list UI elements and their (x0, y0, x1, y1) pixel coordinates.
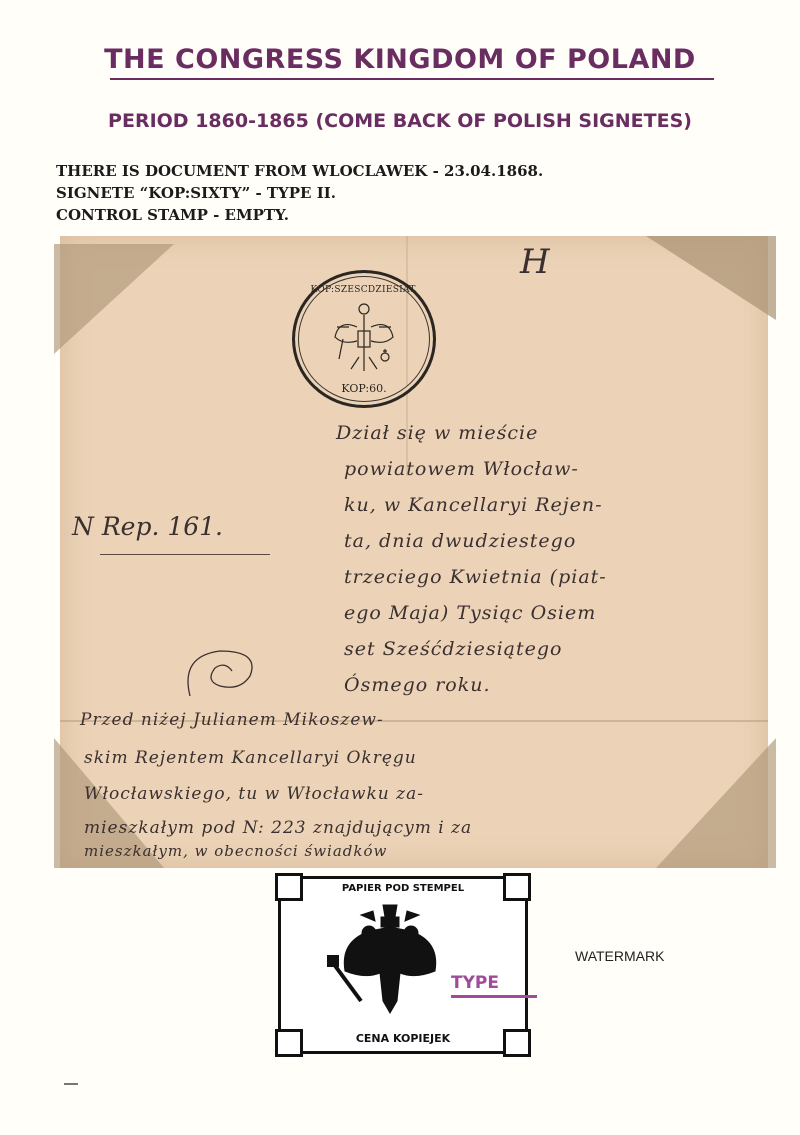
description-block: THERE IS DOCUMENT FROM WLOCLAWEK - 23.04… (56, 160, 543, 226)
document-sheet: KOP:SZESCDZIESIAT. KOP:60. H N Rep. 161.… (60, 236, 768, 868)
handwritten-line: ta, dnia dwudziestego (344, 530, 576, 552)
handwritten-reference: N Rep. 161. (72, 512, 223, 541)
handwritten-line: skim Rejentem Kancellaryi Okręgu (84, 748, 417, 768)
page-title: THE CONGRESS KINGDOM OF POLAND (0, 44, 800, 75)
description-line: SIGNETE “KOP:SIXTY” - TYPE II. (56, 182, 543, 204)
handwritten-line: trzeciego Kwietnia (piat- (344, 566, 607, 588)
type-underline (451, 995, 537, 998)
watermark-top-text: PAPIER POD STEMPEL (281, 883, 525, 894)
seal-top-text: KOP:SZESCDZIESIAT. (295, 285, 433, 295)
watermark-bottom-text: CENA KOPIEJEK (281, 1032, 525, 1045)
handwritten-line: Włocławskiego, tu w Włocławku za- (84, 784, 424, 804)
reference-underline (100, 554, 270, 555)
description-line: CONTROL STAMP - EMPTY. (56, 204, 543, 226)
watermark-diagram: PAPIER POD STEMPEL TYPE CENA KOPIEJEK (278, 876, 528, 1054)
handwritten-line: Dział się w mieście (336, 422, 538, 444)
handwritten-mark: H (520, 242, 550, 282)
signete-seal: KOP:SZESCDZIESIAT. KOP:60. (292, 270, 436, 408)
page-subtitle: PERIOD 1860-1865 (COME BACK OF POLISH SI… (0, 110, 800, 132)
title-underline (110, 78, 714, 80)
flourish-icon (180, 636, 270, 706)
description-line: THERE IS DOCUMENT FROM WLOCLAWEK - 23.04… (56, 160, 543, 182)
mount-corner-top-left (54, 244, 174, 354)
mount-corner-top-right (646, 236, 776, 356)
handwritten-line: mieszkałym pod N: 223 znajdującym i za (84, 818, 472, 838)
seal-bottom-text: KOP:60. (295, 382, 433, 395)
mount-corner-bottom-right (656, 738, 776, 868)
handwritten-line: Przed niżej Julianem Mikoszew- (80, 710, 384, 730)
handwritten-line: powiatowem Włocław- (344, 458, 579, 480)
handwritten-line: Ósmego roku. (344, 674, 491, 696)
handwritten-line: ku, w Kancellaryi Rejen- (344, 494, 603, 516)
handwritten-line: set Sześćdziesiątego (344, 638, 562, 660)
watermark-label: WATERMARK (575, 948, 664, 964)
handwritten-line: mieszkałym, w obecności świadków (84, 842, 387, 860)
type-label: TYPE (451, 973, 499, 993)
double-eagle-icon (325, 901, 455, 1021)
page-speck (64, 1083, 78, 1085)
double-eagle-icon (329, 297, 399, 377)
handwritten-line: ego Maja) Tysiąc Osiem (344, 602, 596, 624)
